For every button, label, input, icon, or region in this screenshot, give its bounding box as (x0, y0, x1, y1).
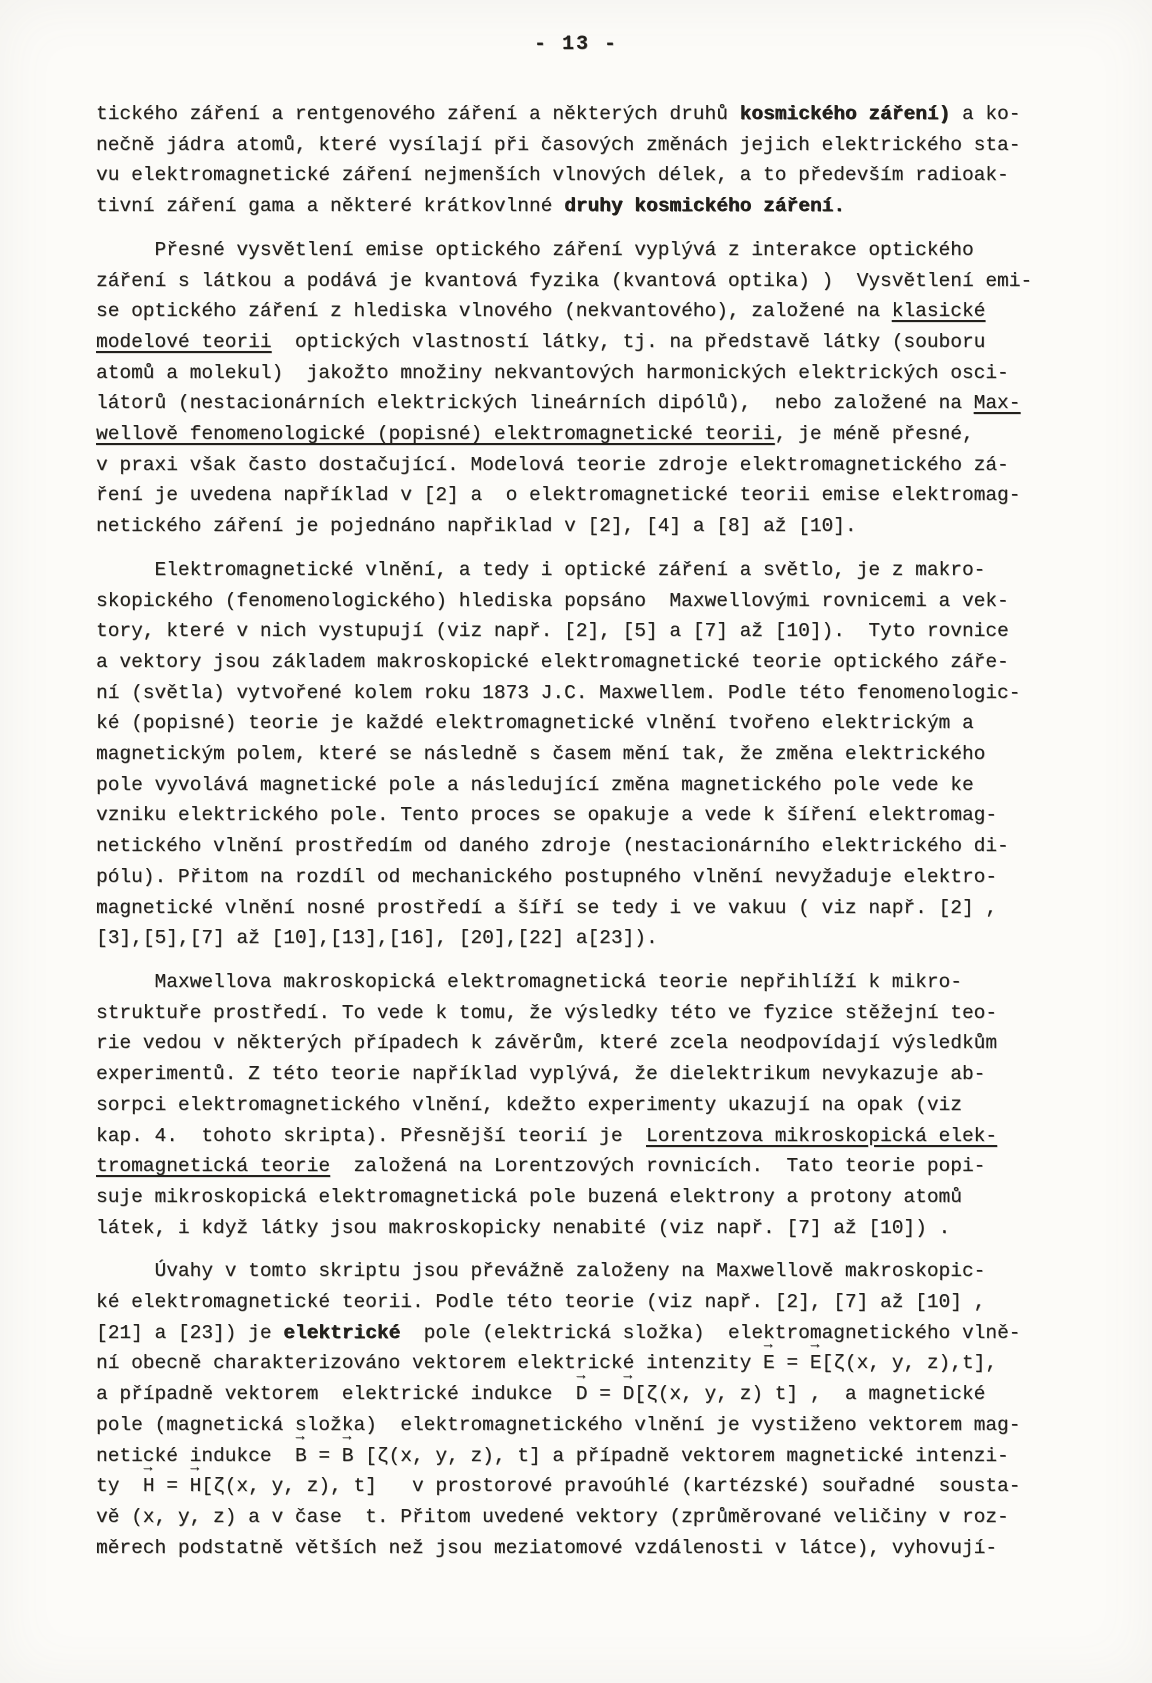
vector-symbol: D (576, 1379, 588, 1410)
text-segment: [ζ(x, y, z) t] , a magnetické (634, 1383, 985, 1405)
text-line: modelové teorii optických vlastností lát… (96, 327, 1076, 358)
text-segment: [ζ(x, y, z), t] a případně vektorem magn… (353, 1445, 1008, 1467)
text-segment: [21] a [23]) je (96, 1322, 283, 1344)
text-segment: v praxi však často dostačující. Modelová… (96, 454, 1009, 476)
text-line: experimentů. Z této teorie například vyp… (96, 1059, 1076, 1090)
text-segment: netického záření je pojednáno napřiklad … (96, 515, 857, 537)
text-segment: a případně vektorem elektrické indukce (96, 1383, 576, 1405)
text-line: [21] a [23]) je elektrické pole (elektri… (96, 1318, 1076, 1349)
text-segment: Maxwellova makroskopická elektromagnetic… (96, 971, 962, 993)
text-line: Maxwellova makroskopická elektromagnetic… (96, 967, 1076, 998)
text-line: suje mikroskopická elektromagnetická pol… (96, 1182, 1076, 1213)
text-segment: látorů (nestacionárních elektrických lin… (96, 392, 974, 414)
text-segment: , je méně přesné, (775, 423, 974, 445)
text-segment: měrech podstatně větších než jsou meziat… (96, 1537, 997, 1559)
vector-symbol: E (763, 1348, 775, 1379)
text-segment: magnetické vlnění nosné prostředí a šíří… (96, 897, 997, 919)
text-segment: se optického záření z hlediska vlnového … (96, 300, 892, 322)
text-line: struktuře prostředí. To vede k tomu, že … (96, 998, 1076, 1029)
text-segment: založená na Lorentzových rovnicích. Tato… (330, 1155, 985, 1177)
paragraph: Elektromagnetické vlnění, a tedy i optic… (96, 555, 1076, 954)
text-line: kap. 4. tohoto skripta). Přesnější teori… (96, 1121, 1076, 1152)
text-line: vzniku elektrického pole. Tento proces s… (96, 800, 1076, 831)
text-segment: = (307, 1445, 342, 1467)
text-segment: ní (světla) vytvořené kolem roku 1873 J.… (96, 682, 1020, 704)
text-segment: [ζ(x, y, z), t] v prostorové pravoúhlé (… (201, 1475, 1020, 1497)
text-segment: elektrické (283, 1322, 400, 1344)
text-line: Elektromagnetické vlnění, a tedy i optic… (96, 555, 1076, 586)
vector-symbol: H (190, 1471, 202, 1502)
text-segment: kosmického záření) (740, 103, 951, 125)
text-line: netického vlnění prostředím od daného zd… (96, 831, 1076, 862)
text-line: [3],[5],[7] až [10],[13],[16], [20],[22]… (96, 923, 1076, 954)
text-line: magnetické vlnění nosné prostředí a šíří… (96, 893, 1076, 924)
text-segment: magnetickým polem, které se následně s č… (96, 743, 985, 765)
text-segment: druhy kosmického záření. (564, 195, 845, 217)
text-line: sorpci elektromagnetického vlnění, kdežt… (96, 1090, 1076, 1121)
text-segment: klasické (892, 300, 986, 322)
text-segment: Přesné vysvětlení emise optického záření… (96, 239, 974, 261)
vector-symbol: D (623, 1379, 635, 1410)
text-line: tického záření a rentgenového záření a n… (96, 99, 1076, 130)
text-segment: a vektory jsou základem makroskopické el… (96, 651, 1009, 673)
text-line: ní obecně charakterizováno vektorem elek… (96, 1348, 1076, 1379)
text-line: wellově fenomenologické (popisné) elektr… (96, 419, 1076, 450)
text-line: a vektory jsou základem makroskopické el… (96, 647, 1076, 678)
text-segment: pole (elektrická složka) elektromagnetic… (400, 1322, 1020, 1344)
text-segment: rie vedou v některých případech k závěrů… (96, 1032, 997, 1054)
text-segment: Max- (974, 392, 1021, 414)
text-line: magnetickým polem, které se následně s č… (96, 739, 1076, 770)
text-line: látorů (nestacionárních elektrických lin… (96, 388, 1076, 419)
text-segment: wellově fenomenologické (popisné) elektr… (96, 423, 775, 445)
text-segment: pole (magnetická složka) elektromagnetic… (96, 1414, 1020, 1436)
text-segment: vu elektromagnetické záření nejmenších v… (96, 164, 1009, 186)
text-segment: struktuře prostředí. To vede k tomu, že … (96, 1002, 997, 1024)
text-line: ření je uvedena například v [2] a o elek… (96, 480, 1076, 511)
text-segment: Lorentzova mikroskopická elek- (646, 1125, 997, 1147)
text-line: Úvahy v tomto skriptu jsou převážně zalo… (96, 1256, 1076, 1287)
text-segment: [ζ(x, y, z),t], (822, 1352, 998, 1374)
text-line: ké (popisné) teorie je každé elektromagn… (96, 708, 1076, 739)
text-line: a případně vektorem elektrické indukce D… (96, 1379, 1076, 1410)
vector-symbol: H (143, 1471, 155, 1502)
text-line: Přesné vysvětlení emise optického záření… (96, 235, 1076, 266)
text-line: měrech podstatně větších než jsou meziat… (96, 1533, 1076, 1564)
text-line: v praxi však často dostačující. Modelová… (96, 450, 1076, 481)
paragraph: Maxwellova makroskopická elektromagnetic… (96, 967, 1076, 1243)
text-line: ké elektromagnetické teorii. Podle této … (96, 1287, 1076, 1318)
text-line: vu elektromagnetické záření nejmenších v… (96, 160, 1076, 191)
text-line: ty H = H[ζ(x, y, z), t] v prostorové pra… (96, 1471, 1076, 1502)
text-segment: tromagnetická teorie (96, 1155, 330, 1177)
text-line: tivní záření gama a některé krátkovlnné … (96, 191, 1076, 222)
text-segment: ké (popisné) teorie je každé elektromagn… (96, 712, 974, 734)
text-line: vě (x, y, z) a v čase t. Přitom uvedené … (96, 1502, 1076, 1533)
text-segment: suje mikroskopická elektromagnetická pol… (96, 1186, 962, 1208)
text-segment: tory, které v nich vystupují (viz např. … (96, 620, 1009, 642)
text-segment: látek, i když látky jsou makroskopicky n… (96, 1217, 950, 1239)
paragraph: Úvahy v tomto skriptu jsou převážně zalo… (96, 1256, 1076, 1563)
text-segment: optických vlastností látky, tj. na předs… (272, 331, 986, 353)
text-segment: = (155, 1475, 190, 1497)
text-segment: = (775, 1352, 810, 1374)
text-line: pole (magnetická složka) elektromagnetic… (96, 1410, 1076, 1441)
text-segment: atomů a molekul) jakožto množiny nekvant… (96, 362, 1009, 384)
text-line: záření s látkou a podává je kvantová fyz… (96, 266, 1076, 297)
text-segment: pólu). Přitom na rozdíl od mechanického … (96, 866, 997, 888)
vector-symbol: B (342, 1441, 354, 1472)
text-segment: a ko- (950, 103, 1020, 125)
text-segment: vzniku elektrického pole. Tento proces s… (96, 804, 997, 826)
text-segment: tického záření a rentgenového záření a n… (96, 103, 740, 125)
text-segment: ření je uvedena například v [2] a o elek… (96, 484, 1020, 506)
text-segment: ty (96, 1475, 143, 1497)
text-line: nečně jádra atomů, které vysílají při ča… (96, 130, 1076, 161)
text-line: tromagnetická teorie založená na Lorentz… (96, 1151, 1076, 1182)
text-segment: modelové teorii (96, 331, 272, 353)
paragraph: Přesné vysvětlení emise optického záření… (96, 235, 1076, 542)
text-segment: nečně jádra atomů, které vysílají při ča… (96, 134, 1020, 156)
text-segment: experimentů. Z této teorie například vyp… (96, 1063, 985, 1085)
text-line: pólu). Přitom na rozdíl od mechanického … (96, 862, 1076, 893)
scanned-document-page: - 13 - tického záření a rentgenového zář… (0, 0, 1152, 1683)
text-line: rie vedou v některých případech k závěrů… (96, 1028, 1076, 1059)
text-segment: skopického (fenomenologického) hlediska … (96, 590, 1009, 612)
text-line: látek, i když látky jsou makroskopicky n… (96, 1213, 1076, 1244)
text-block: tického záření a rentgenového záření a n… (96, 99, 1076, 1563)
vector-symbol: B (295, 1441, 307, 1472)
text-segment: tivní záření gama a některé krátkovlnné (96, 195, 564, 217)
text-segment: ní obecně charakterizováno vektorem elek… (96, 1352, 763, 1374)
text-segment: Elektromagnetické vlnění, a tedy i optic… (96, 559, 985, 581)
text-segment: sorpci elektromagnetického vlnění, kdežt… (96, 1094, 962, 1116)
text-line: pole vyvolává magnetické pole a následuj… (96, 770, 1076, 801)
text-segment: kap. 4. tohoto skripta). Přesnější teori… (96, 1125, 646, 1147)
text-line: ní (světla) vytvořené kolem roku 1873 J.… (96, 678, 1076, 709)
text-line: skopického (fenomenologického) hlediska … (96, 586, 1076, 617)
text-segment: = (587, 1383, 622, 1405)
text-segment: záření s látkou a podává je kvantová fyz… (96, 270, 1032, 292)
text-line: se optického záření z hlediska vlnového … (96, 296, 1076, 327)
text-segment: vě (x, y, z) a v čase t. Přitom uvedené … (96, 1506, 1009, 1528)
text-segment: [3],[5],[7] až [10],[13],[16], [20],[22]… (96, 927, 658, 949)
text-line: tory, které v nich vystupují (viz např. … (96, 616, 1076, 647)
text-segment: ké elektromagnetické teorii. Podle této … (96, 1291, 985, 1313)
text-line: atomů a molekul) jakožto množiny nekvant… (96, 358, 1076, 389)
text-segment: netického vlnění prostředím od daného zd… (96, 835, 1009, 857)
text-line: netického záření je pojednáno napřiklad … (96, 511, 1076, 542)
text-segment: Úvahy v tomto skriptu jsou převážně zalo… (96, 1260, 985, 1282)
vector-symbol: E (810, 1348, 822, 1379)
paragraph: tického záření a rentgenového záření a n… (96, 99, 1076, 222)
text-line: netické indukce B = B [ζ(x, y, z), t] a … (96, 1441, 1076, 1472)
page-number: - 13 - (0, 33, 1152, 56)
text-segment: pole vyvolává magnetické pole a následuj… (96, 774, 974, 796)
